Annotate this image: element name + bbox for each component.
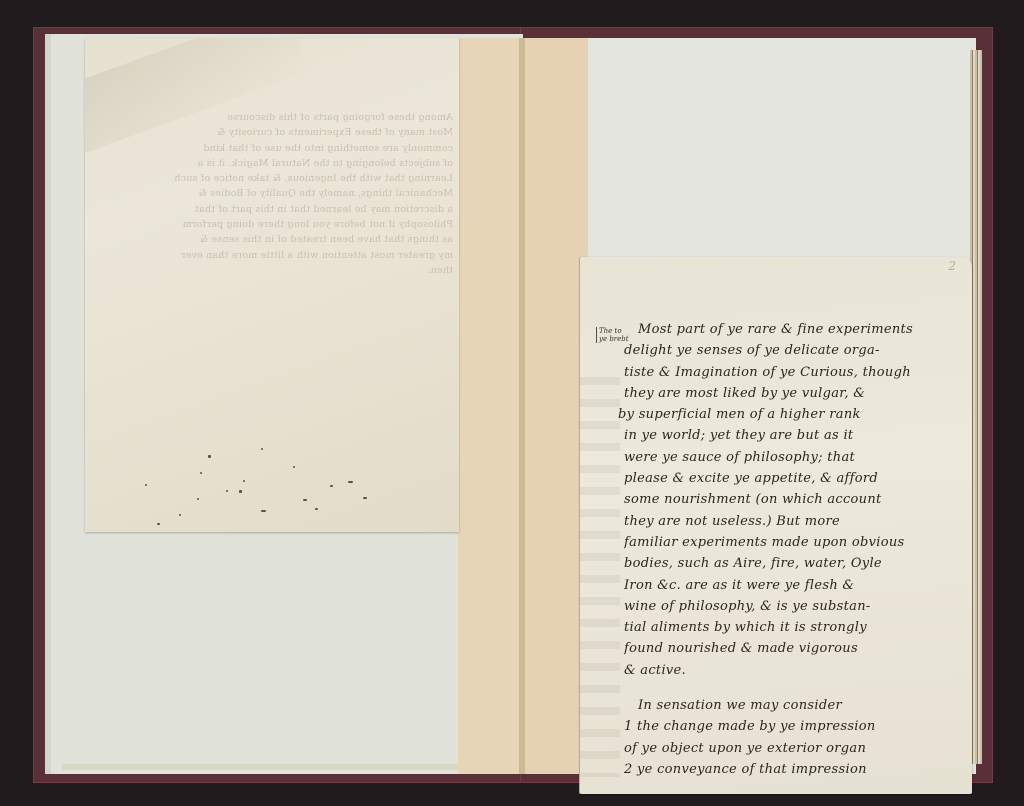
flyleaf-left-edge <box>45 34 51 774</box>
manuscript-line: please & excite ye appetite, & afford <box>624 468 969 489</box>
manuscript-line: In sensation we may consider <box>624 695 969 716</box>
manuscript-line: of ye object upon ye exterior organ <box>624 738 969 759</box>
ink-specks <box>85 38 459 532</box>
manuscript-line: & active. <box>624 660 969 681</box>
manuscript-leaf-recto: 2 The to ye brebt Most part of ye rare &… <box>580 257 972 794</box>
manuscript-line: delight ye senses of ye delicate orga- <box>624 340 969 361</box>
show-through-shadow <box>580 377 620 777</box>
manuscript-line: found nourished & made vigorous <box>624 638 969 659</box>
manuscript-line: tiste & Imagination of ye Curious, thoug… <box>624 362 969 383</box>
manuscript-line: in ye world; yet they are but as it <box>624 425 969 446</box>
manuscript-line: some nourishment (on which account <box>624 489 969 510</box>
manuscript-leaf-verso: Among these forgoing parts of this disco… <box>85 38 459 532</box>
manuscript-line: by superficial men of a higher rank <box>618 404 969 425</box>
manuscript-line: 1 the change made by ye impression <box>624 716 969 737</box>
manuscript-line: Iron &c. are as it were ye flesh & <box>624 575 969 596</box>
manuscript-line: 2 ye conveyance of that impression <box>624 759 969 780</box>
folio-number: 2 <box>948 259 956 273</box>
manuscript-line: were ye sauce of philosophy; that <box>624 447 969 468</box>
manuscript-line: Most part of ye rare & fine experiments <box>624 319 969 340</box>
manuscript-line: familiar experiments made upon obvious <box>624 532 969 553</box>
guard-strip-left <box>458 38 522 774</box>
manuscript-line: tial aliments by which it is strongly <box>624 617 969 638</box>
manuscript-line: bodies, such as Aire, fire, water, Oyle <box>624 553 969 574</box>
handwritten-text: Most part of ye rare & fine experiments … <box>624 319 969 780</box>
manuscript-line: wine of philosophy, & is ye substan- <box>624 596 969 617</box>
manuscript-line: they are most liked by ye vulgar, & <box>624 383 969 404</box>
guard-strip-right <box>525 38 588 774</box>
flyleaf-left-bottom-edge <box>62 764 522 770</box>
manuscript-line: they are not useless.) But more <box>624 511 969 532</box>
